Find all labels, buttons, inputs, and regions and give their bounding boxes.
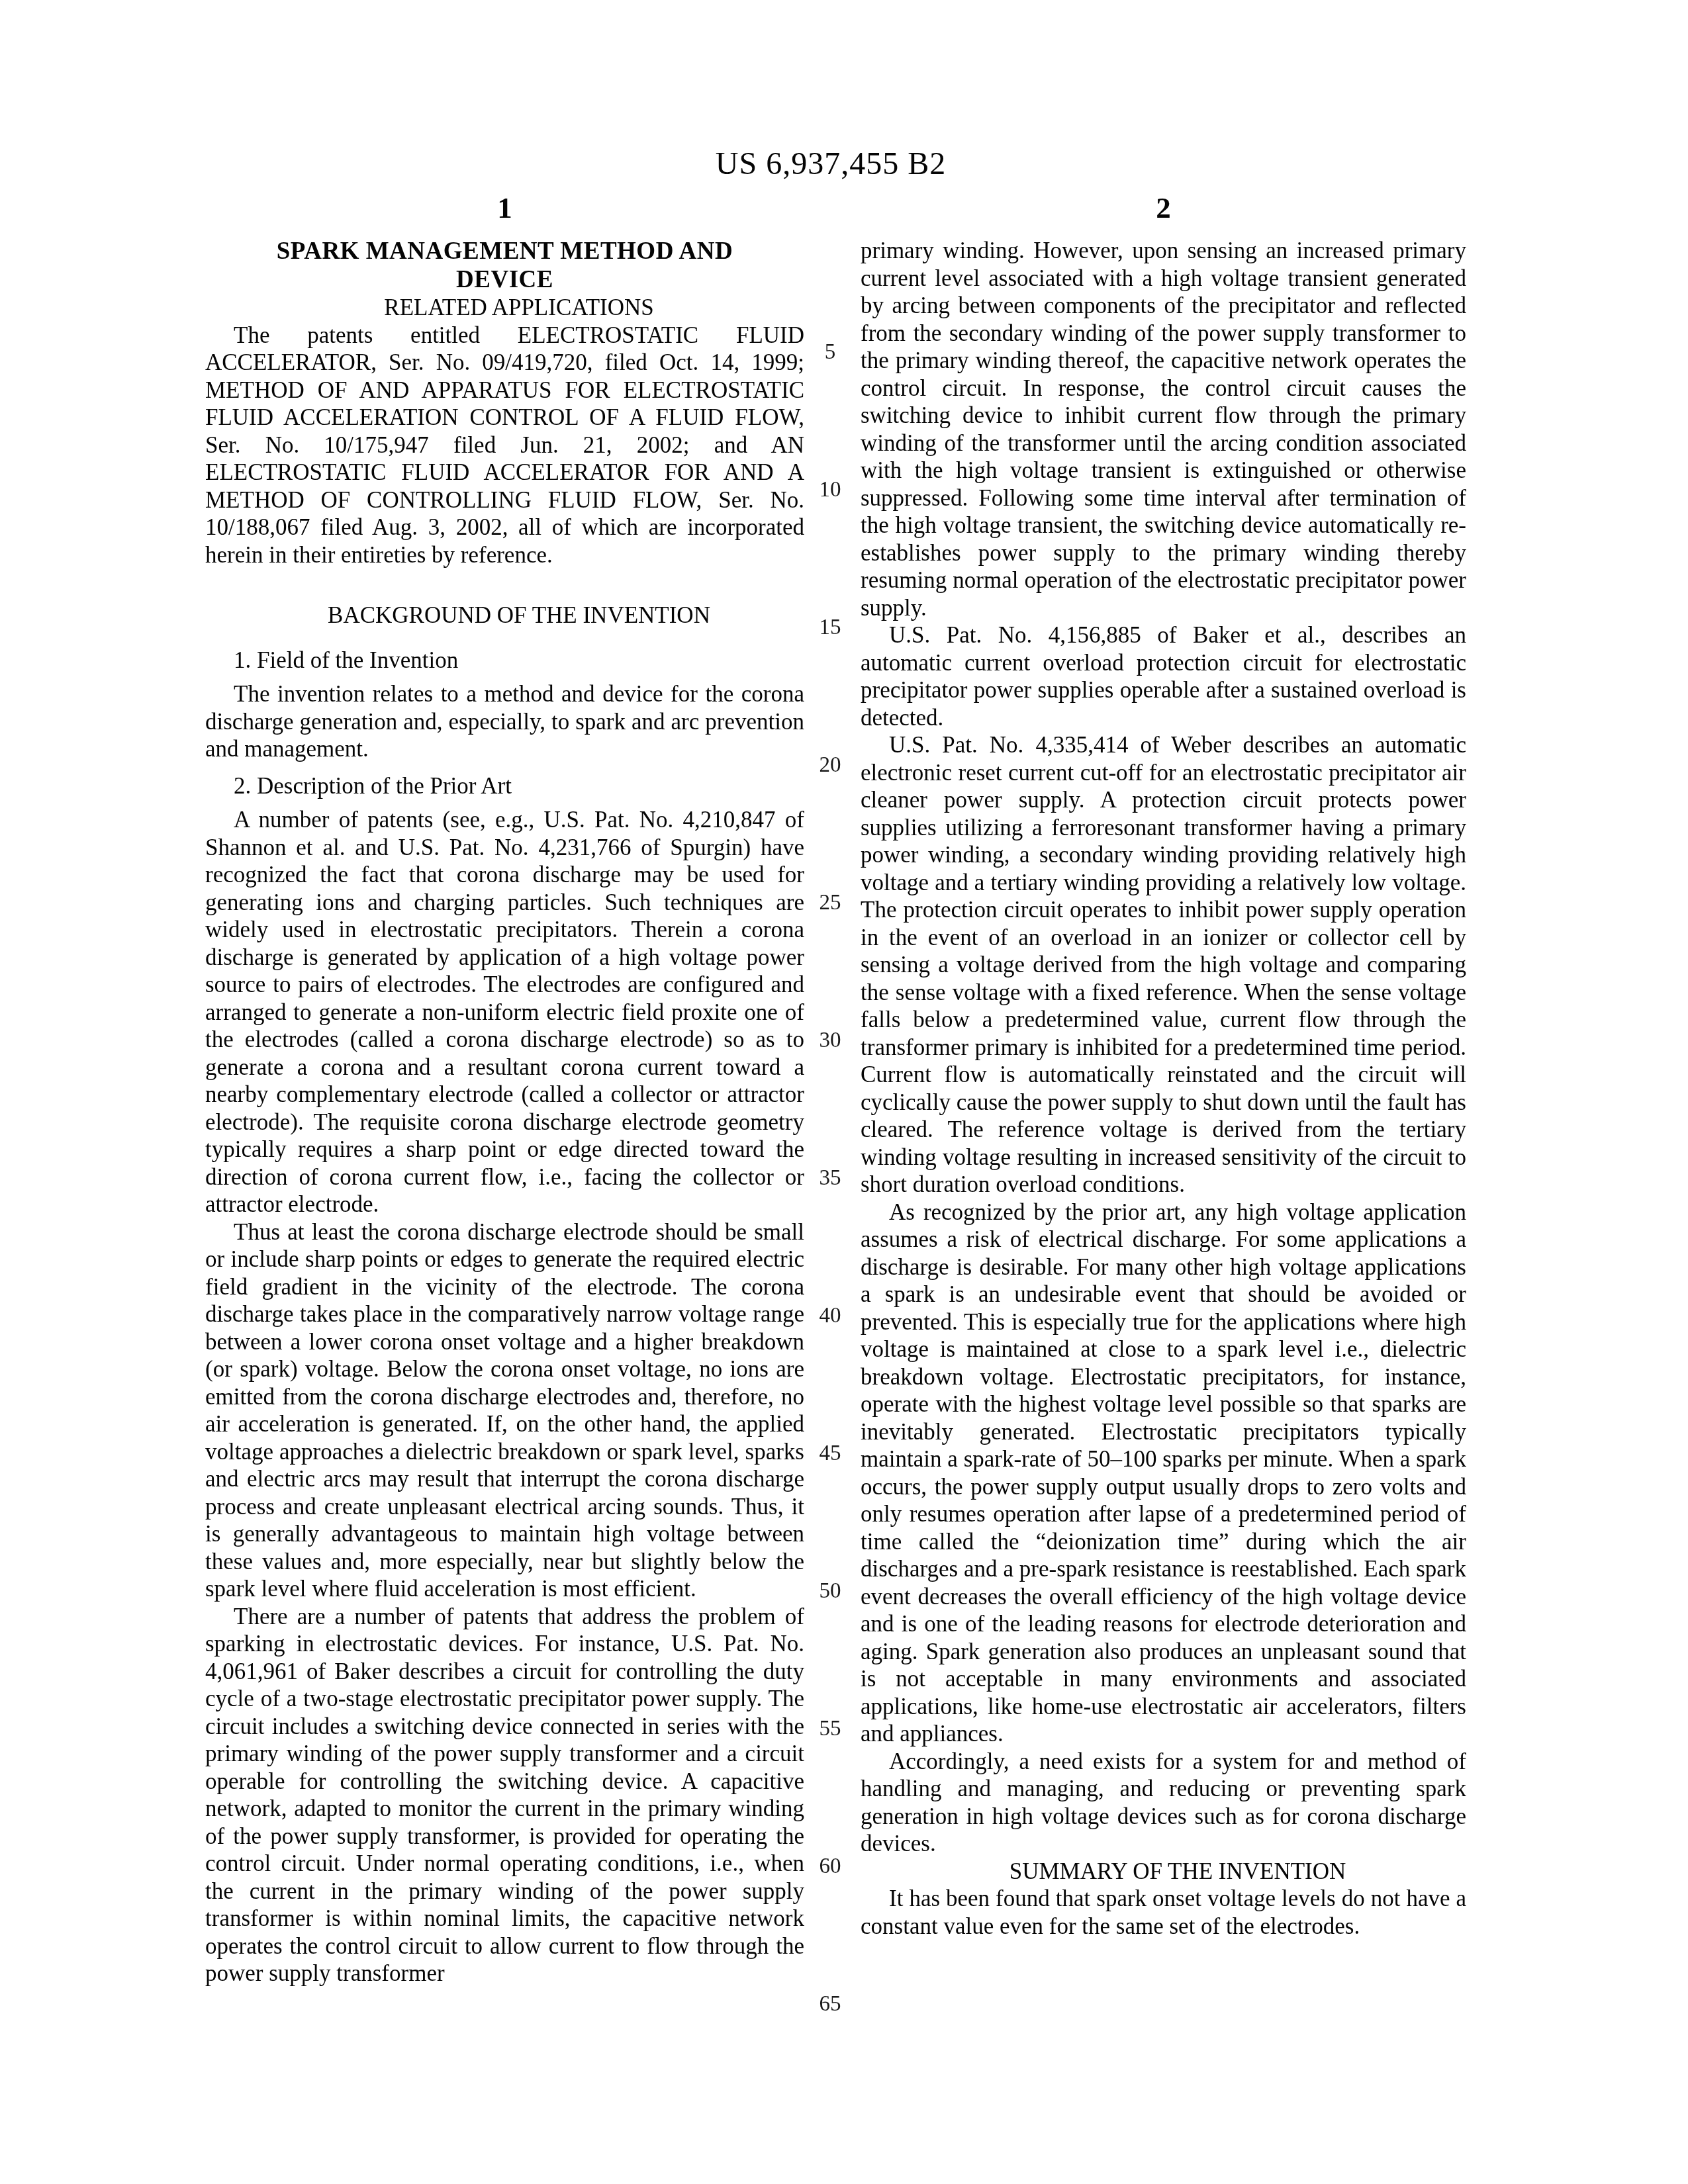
field-of-invention-heading: 1. Field of the Invention — [205, 647, 804, 674]
gutter-line-number: 50 — [816, 1578, 845, 1606]
patent-page: US 6,937,455 B2 1 2 5 10 15 20 25 30 35 … — [0, 0, 1688, 2184]
gutter-line-number: 35 — [816, 1165, 845, 1193]
gutter-line-number: 60 — [816, 1853, 845, 1881]
gutter-line-number: 65 — [816, 1991, 845, 2019]
summary-heading: SUMMARY OF THE INVENTION — [861, 1858, 1466, 1886]
patent-number: US 6,937,455 B2 — [0, 146, 1662, 182]
field-of-invention-paragraph: The invention relates to a method and de… — [205, 680, 804, 763]
body-paragraph: U.S. Pat. No. 4,335,414 of Weber describ… — [861, 731, 1466, 1199]
gutter-line-number: 25 — [816, 889, 845, 917]
gutter-line-number: 45 — [816, 1440, 845, 1468]
column-1-page-number: 1 — [205, 191, 804, 225]
prior-art-heading: 2. Description of the Prior Art — [205, 772, 804, 800]
gutter-line-number: 5 — [816, 339, 845, 367]
body-paragraph: Accordingly, a need exists for a system … — [861, 1748, 1466, 1858]
gutter-line-number: 40 — [816, 1302, 845, 1330]
prior-art-paragraph: There are a number of patents that addre… — [205, 1603, 804, 1987]
gutter-line-number: 20 — [816, 752, 845, 780]
summary-paragraph: It has been found that spark onset volta… — [861, 1885, 1466, 1940]
background-heading: BACKGROUND OF THE INVENTION — [205, 602, 804, 629]
related-applications-paragraph: The patents entitled ELECTROSTATIC FLUID… — [205, 322, 804, 569]
column-2-page-number: 2 — [861, 191, 1466, 225]
column-2: primary winding. However, upon sensing a… — [861, 237, 1466, 1940]
gutter-line-number: 10 — [816, 477, 845, 504]
gutter-line-number: 15 — [816, 614, 845, 642]
invention-title: SPARK MANAGEMENT METHOD AND DEVICE — [273, 237, 737, 294]
body-paragraph: As recognized by the prior art, any high… — [861, 1199, 1466, 1748]
prior-art-paragraph: A number of patents (see, e.g., U.S. Pat… — [205, 806, 804, 1218]
body-paragraph: primary winding. However, upon sensing a… — [861, 237, 1466, 621]
body-paragraph: U.S. Pat. No. 4,156,885 of Baker et al.,… — [861, 621, 1466, 731]
gutter-line-number: 30 — [816, 1027, 845, 1055]
gutter-line-number: 55 — [816, 1715, 845, 1743]
column-1: SPARK MANAGEMENT METHOD AND DEVICE RELAT… — [205, 237, 804, 1987]
prior-art-paragraph: Thus at least the corona discharge elect… — [205, 1218, 804, 1603]
related-applications-heading: RELATED APPLICATIONS — [205, 294, 804, 322]
